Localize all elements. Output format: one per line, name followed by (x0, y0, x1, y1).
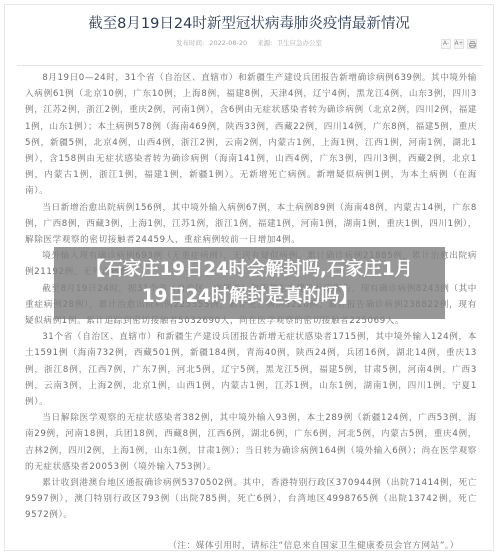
publish-label: 发布时间: (176, 39, 204, 47)
source-value: 卫生应急办公室 (276, 39, 322, 47)
overlay-headline-line-2: 19日24时解封是真的吗】 (142, 283, 357, 310)
headline-overlay: 【石家庄19日24时会解封吗,石家庄1月 19日24时解封是真的吗】 (54, 247, 445, 319)
article-tools: A- A+ (441, 39, 477, 49)
publish-date-label: 发布时间: 2022-08-20 (176, 39, 249, 47)
paragraph-hk-mo-tw: 累计收到港澳台地区通报确诊病例5370502例。其中，香港特别行政区370944… (25, 475, 477, 524)
article-meta: 发布时间: 2022-08-20 来源: 卫生应急办公室 (5, 38, 493, 47)
source-label: 来源: (257, 39, 272, 47)
paragraph-new-cases: 8月19日0—24时，31个省（自治区、直辖市）和新疆生产建设兵团报告新增确诊病… (25, 70, 477, 200)
paragraph-asymptomatic: 31个省（自治区、直辖市）和新疆生产建设兵团报告新增无症状感染者1715例，其中… (25, 329, 477, 410)
publish-date: 2022-08-20 (209, 39, 247, 47)
header-divider (17, 65, 483, 66)
source-block: 来源: 卫生应急办公室 (257, 39, 322, 47)
overlay-headline-line-1: 【石家庄19日24时会解封吗,石家庄1月 (86, 256, 412, 283)
print-icon (469, 41, 476, 48)
citation-note: （注：媒体引用时，请标注“信息来自国家卫生健康委员会官方网站”。） (25, 538, 477, 554)
article-title: 截至8月19日24时新型冠状病毒肺炎疫情最新情况 (5, 12, 493, 33)
font-increase-button[interactable]: A+ (454, 39, 464, 49)
font-increase-icon: A+ (454, 41, 463, 47)
print-button[interactable] (467, 39, 477, 49)
font-decrease-button[interactable]: A- (441, 39, 451, 49)
paragraph-released: 当日解除医学观察的无症状感染者382例，其中境外输入93例，本土289例（新疆1… (25, 410, 477, 475)
font-decrease-icon: A- (443, 41, 449, 47)
paragraph-recoveries: 当日新增治愈出院病例156例，其中境外输入病例67例，本土病例89例（海南48例… (25, 200, 477, 249)
